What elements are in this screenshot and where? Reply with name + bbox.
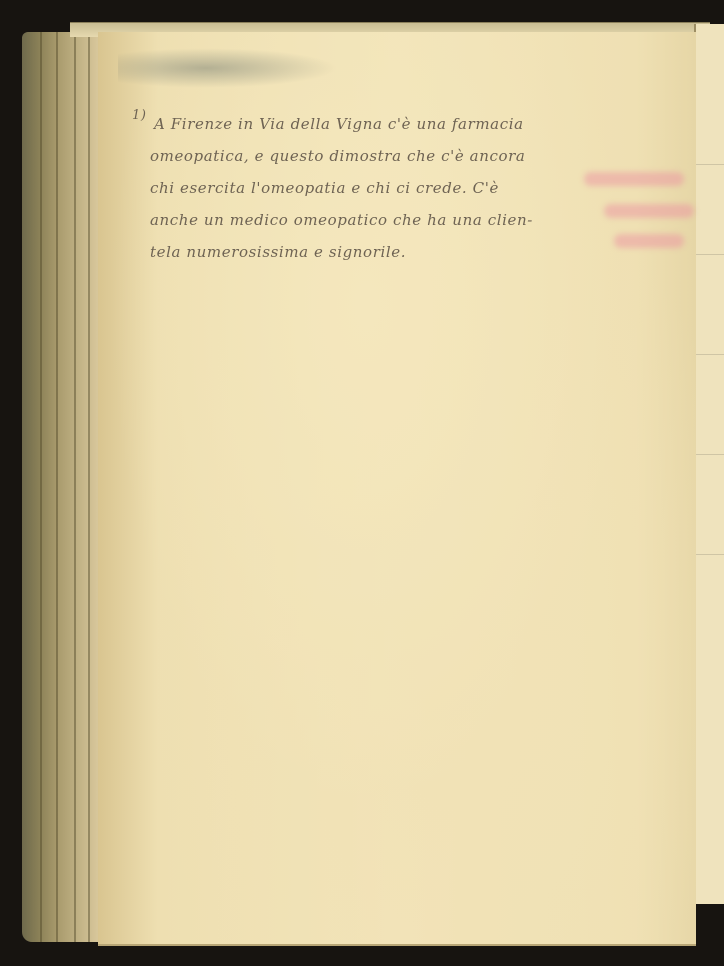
- manuscript-page: 1) A Firenze in Via della Vigna c'è una …: [98, 32, 696, 946]
- facing-page-edge: [694, 24, 724, 904]
- manuscript-line: anche un medico omeopatico che ha una cl…: [144, 204, 614, 236]
- manuscript-line: chi esercita l'omeopatia e chi ci crede.…: [144, 172, 614, 204]
- water-stain: [118, 48, 338, 88]
- ink-bleed-through: [614, 234, 684, 248]
- footnote-marker: 1): [132, 108, 147, 123]
- ink-bleed-through: [604, 204, 694, 218]
- manuscript-line: omeopatica, e questo dimostra che c'è an…: [144, 140, 614, 172]
- manuscript-line: A Firenze in Via della Vigna c'è una far…: [144, 108, 614, 140]
- footnote-text: 1) A Firenze in Via della Vigna c'è una …: [144, 108, 614, 268]
- manuscript-line: tela numerosissima e signorile.: [144, 236, 614, 268]
